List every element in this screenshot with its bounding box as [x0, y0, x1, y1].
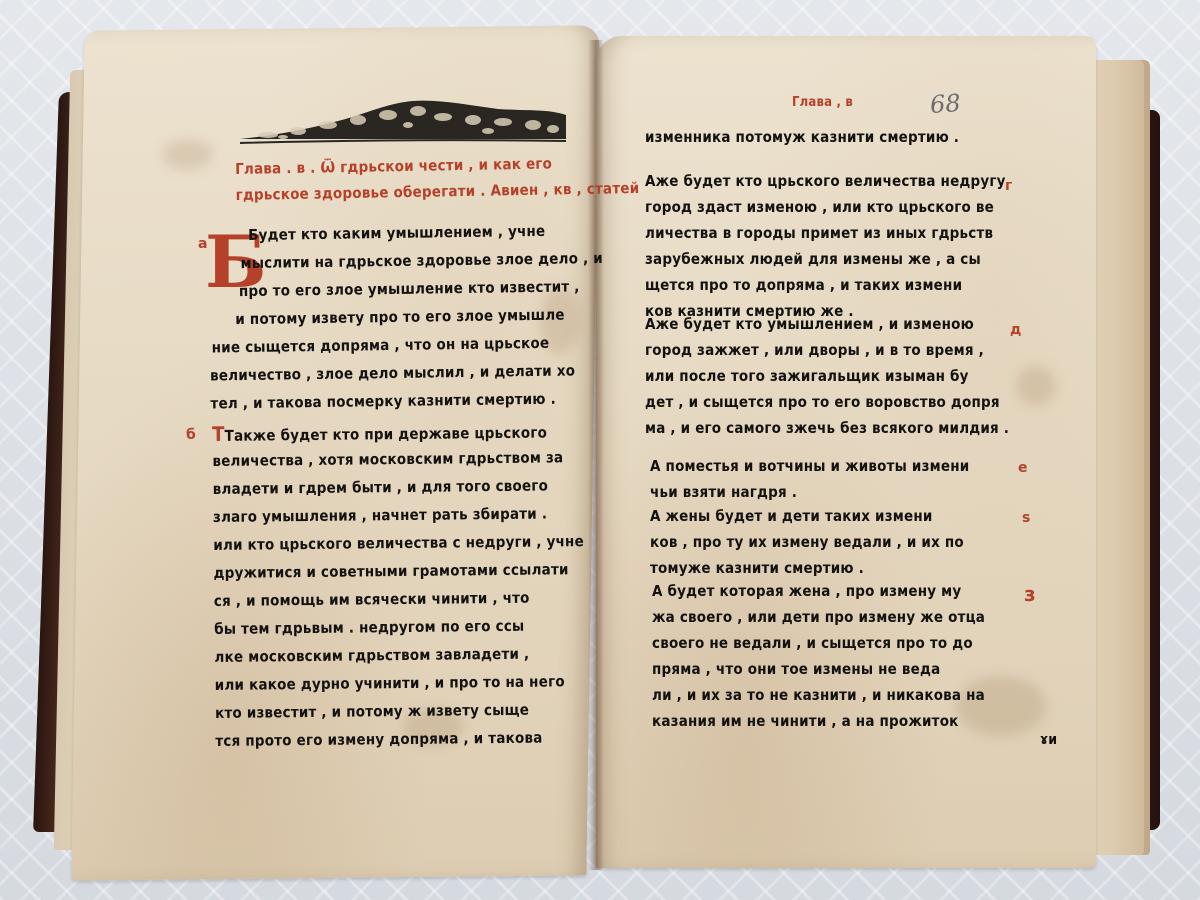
text-line: лке московским гдрьством завладети , [214, 645, 529, 666]
catchword: ɤи [1040, 732, 1057, 748]
text-line: ма , и его самого зжечь без всякого милд… [645, 419, 1009, 437]
book-gutter [588, 40, 604, 870]
text-line: ли , и их за то не казнити , и никакова … [652, 686, 985, 704]
text-line: зарубежных людей для измены же , а сы [645, 250, 981, 268]
text-line: бы тем гдрьвым . недругом по его ссы [214, 617, 524, 638]
text-line: щется про то допряма , и таких измени [645, 276, 962, 294]
text-line: Аже будет кто умышлением , и изменою [645, 315, 974, 333]
text-line: кто известит , и потому ж извету сыще [215, 701, 529, 722]
pencil-page-number: 68 [929, 89, 961, 119]
intro-line: изменника потомуж казнити смертию . [645, 128, 959, 146]
text-line: ТТакже будет кто при державе црьского [212, 418, 547, 446]
ornamental-headpiece-icon [238, 95, 568, 155]
marginal-letter-d: д [1010, 322, 1021, 338]
marginal-letter-b: б [186, 427, 196, 443]
text-line: тся прото его измену допряма , и такова [215, 729, 542, 750]
text-line: город зажжет , или дворы , и в то время … [645, 341, 984, 359]
marginal-letter-g: г [1005, 178, 1012, 194]
text-line: или после того зажигальщик изыман бу [645, 367, 969, 385]
text-line: пряма , что они тое измены не веда [652, 660, 940, 678]
text-line: город здаст изменою , или кто црьского в… [645, 198, 994, 216]
marginal-letter-e: е [1018, 460, 1028, 476]
text-line: или какое дурно учинити , и про то на не… [215, 672, 565, 694]
text-line: дружитися и советными грамотами ссылати [213, 560, 568, 582]
text-line: своего не ведали , и сыщется про то до [652, 634, 973, 652]
text-line: злаго умышления , начнет рать збирати . [213, 504, 547, 525]
text-line: А поместья и вотчины и животы измени [650, 457, 969, 475]
text-line: личества в городы примет из иных гдрьств [645, 224, 993, 242]
text-line: А будет которая жена , про измену му [652, 582, 961, 600]
text-line: ся , и помощь им всячески чинити , что [214, 589, 530, 610]
marginal-letter-z: з [1024, 582, 1036, 606]
text-line: жа своего , или дети про измену же отца [652, 608, 985, 626]
text-line-rest: Также будет кто при державе црьского [225, 423, 548, 444]
text-line: А жены будет и дети таких измени [650, 507, 933, 525]
text-line: томуже казнити смертию . [650, 559, 864, 577]
text-line: Аже будет кто црьского величества недруг… [645, 172, 1006, 190]
text-line: величества , хотя московским гдрьством з… [212, 448, 563, 470]
right-page [596, 36, 1096, 868]
text-line: чьи взяти нагдря . [650, 483, 797, 501]
marginal-letter-dzelo: ѕ [1022, 510, 1030, 526]
text-line: владети и гдрем быти , и для того своего [213, 476, 548, 498]
running-head: Глава , в [792, 95, 853, 110]
text-line: дет , и сыщется про то его воровство доп… [645, 393, 1000, 411]
photo-scene: Глава . в . Ѿ гдрьскои чести , и как его… [0, 0, 1200, 900]
text-line: ков , про ту их измену ведали , и их по [650, 533, 964, 551]
text-line: казания им не чинити , а на прожиток [652, 712, 959, 730]
